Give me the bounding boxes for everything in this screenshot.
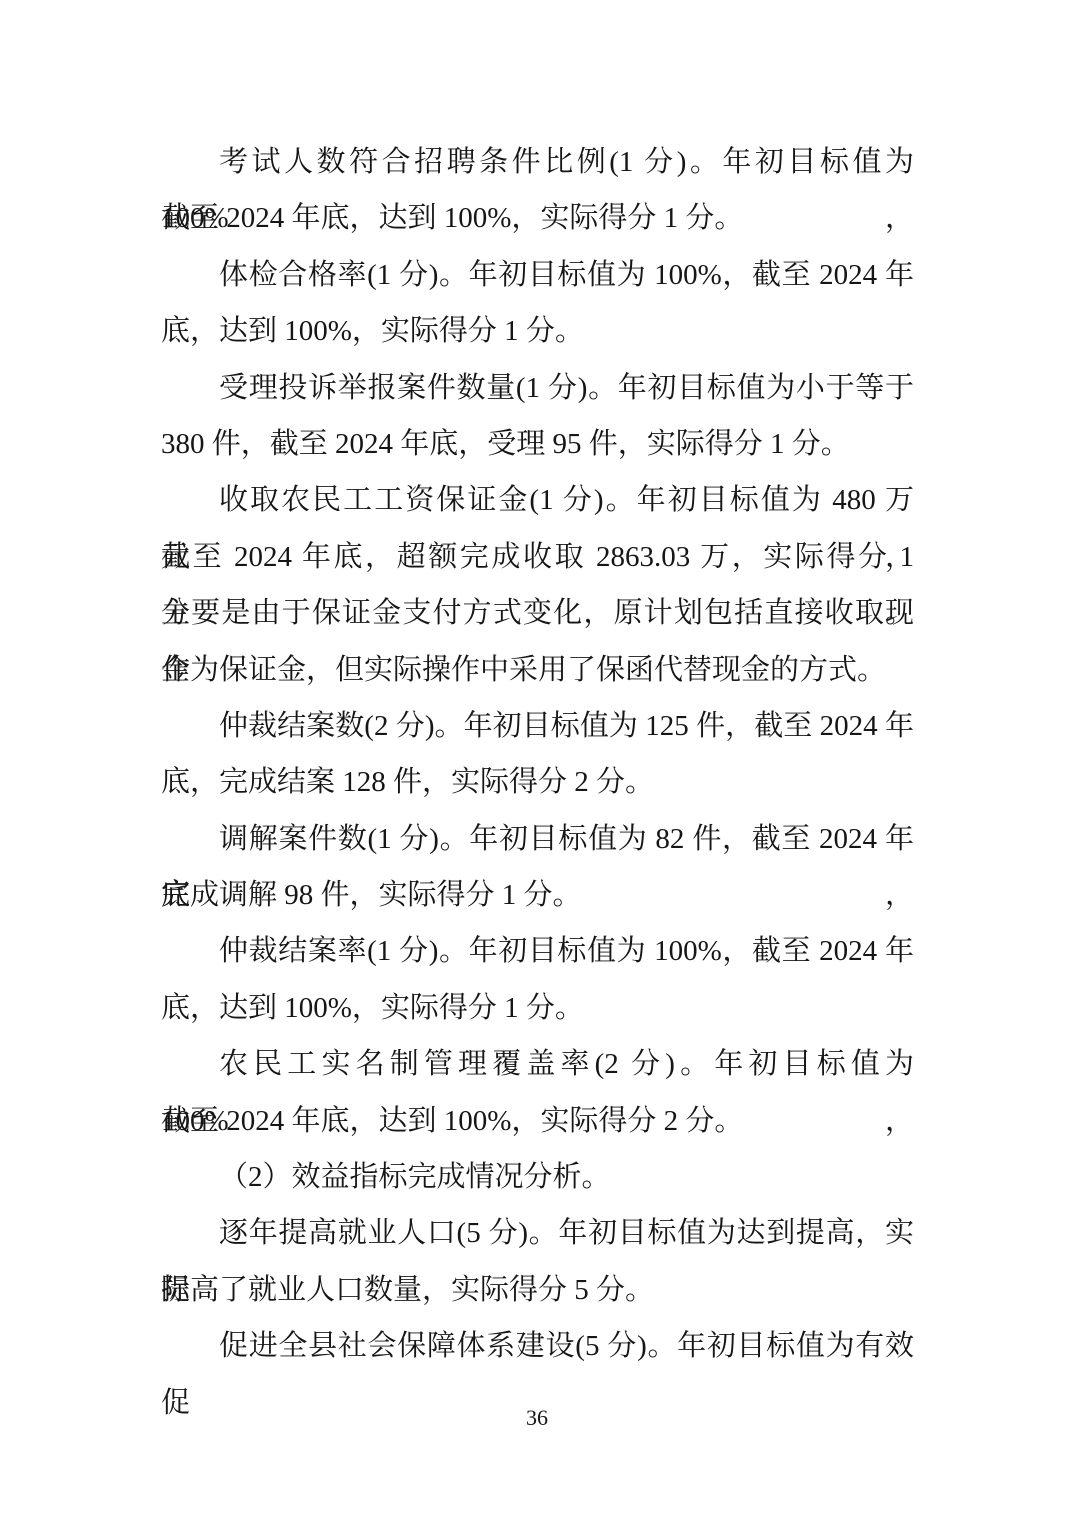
doc-line: 作为保证金，但实际操作中采用了保函代替现金的方式。: [161, 642, 914, 698]
doc-line: 促进全县社会保障体系建设(5 分)。年初目标值为有效促: [161, 1318, 914, 1374]
doc-line: 380 件，截至 2024 年底，受理 95 件，实际得分 1 分。: [161, 416, 914, 472]
document-page: { "doc": { "lines": [ "考试人数符合招聘条件比例(1 分)…: [0, 0, 1074, 1520]
doc-line: 底，达到 100%，实际得分 1 分。: [161, 980, 914, 1036]
page-number: 36: [0, 1403, 1074, 1433]
doc-line: 仲裁结案率(1 分)。年初目标值为 100%，截至 2024 年: [161, 923, 914, 979]
document-body: 考试人数符合招聘条件比例(1 分)。年初目标值为 100%， 截至 2024 年…: [161, 134, 914, 1375]
doc-line: 调解案件数(1 分)。年初目标值为 82 件，截至 2024 年底，: [161, 811, 914, 867]
doc-line: 仲裁结案数(2 分)。年初目标值为 125 件，截至 2024 年: [161, 698, 914, 754]
doc-line: 考试人数符合招聘条件比例(1 分)。年初目标值为 100%，: [161, 134, 914, 190]
doc-line: 体检合格率(1 分)。年初目标值为 100%，截至 2024 年: [161, 247, 914, 303]
doc-line: 截至 2024 年底，超额完成收取 2863.03 万，实际得分 1 分。: [161, 529, 914, 585]
doc-line: 农民工实名制管理覆盖率(2 分)。年初目标值为 100%，: [161, 1036, 914, 1092]
doc-line: 逐年提高就业人口(5 分)。年初目标值为达到提高，实际: [161, 1205, 914, 1261]
doc-line: 底，达到 100%，实际得分 1 分。: [161, 303, 914, 359]
doc-section-heading: （2）效益指标完成情况分析。: [161, 1149, 914, 1205]
doc-line: 受理投诉举报案件数量(1 分)。年初目标值为小于等于: [161, 360, 914, 416]
doc-line: 主要是由于保证金支付方式变化，原计划包括直接收取现金: [161, 585, 914, 641]
doc-line: 提高了就业人口数量，实际得分 5 分。: [161, 1262, 914, 1318]
doc-line: 底，完成结案 128 件，实际得分 2 分。: [161, 754, 914, 810]
doc-line: 收取农民工工资保证金(1 分)。年初目标值为 480 万元，: [161, 472, 914, 528]
